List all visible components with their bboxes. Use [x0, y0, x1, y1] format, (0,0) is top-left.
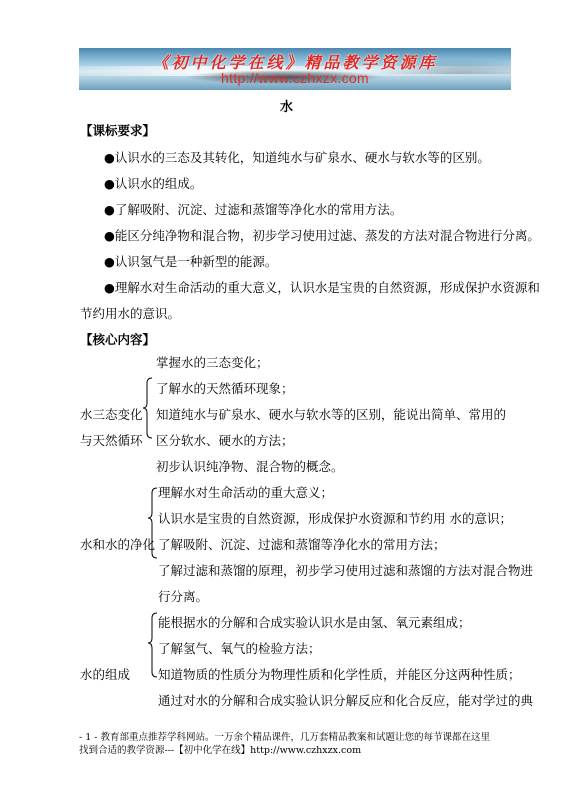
curriculum-item-continuation: 节约用水的意识。: [80, 306, 180, 322]
core-item: 理解水对生命活动的重大意义；: [158, 485, 333, 501]
document-title: 水: [0, 96, 573, 115]
curly-brace-icon: [142, 377, 154, 439]
curriculum-item: ●认识水的三态及其转化，知道纯水与矿泉水、硬水与软水等的区别。: [104, 150, 490, 166]
footer-line-1: - 1 - 教育部重点推荐学科网站。一万余个精品课件，几万套精品教案和试题让您的…: [79, 731, 519, 744]
curriculum-item: ●能区分纯净物和混合物，初步学习使用过滤、蒸发的方法对混合物进行分离。: [104, 228, 540, 244]
core-item: 初步认识纯净物、混合物的概念。: [156, 459, 344, 475]
page-footer: - 1 - 教育部重点推荐学科网站。一万余个精品课件，几万套精品教案和试题让您的…: [79, 731, 519, 757]
group-label-water-states: 水三态变化: [80, 407, 143, 423]
core-item: 区分软水、硬水的方法；: [156, 433, 294, 449]
group-label-water-composition: 水的组成: [80, 667, 130, 683]
curriculum-item: ●认识水的组成。: [104, 176, 202, 192]
core-item: 能根据水的分解和合成实验认识水是由氢、氧元素组成；: [158, 615, 471, 631]
core-item: 了解水的天然循环现象；: [156, 381, 294, 397]
footer-line-2: 找到合适的教学资源---【初中化学在线】http://www.czhxzx.co…: [79, 744, 519, 757]
section-heading-core-content: 【核心内容】: [80, 332, 155, 348]
core-item: 掌握水的三态变化；: [156, 355, 269, 371]
core-item: 认识水是宝贵的自然资源，形成保护水资源和节约用 水的意识；: [158, 511, 512, 527]
core-item: 了解吸附、沉淀、过滤和蒸馏等净化水的常用方法；: [158, 537, 446, 553]
curriculum-item: ●认识氢气是一种新型的能源。: [104, 254, 277, 270]
core-item: 知道物质的性质分为物理性质和化学性质，并能区分这两种性质；: [158, 667, 521, 683]
curriculum-item: ●理解水对生命活动的重大意义，认识水是宝贵的自然资源，形成保护水资源和: [104, 280, 540, 296]
banner-url: http://www.czhxzx.com: [79, 70, 511, 86]
core-item: 了解过滤和蒸馏的原理，初步学习使用过滤和蒸馏的方法对混合物进: [158, 563, 533, 579]
group-label-water-purification: 水和水的净化: [80, 537, 155, 553]
header-banner-image: 《初中化学在线》精品教学资源库 http://www.czhxzx.com: [79, 48, 511, 90]
section-heading-curriculum: 【课标要求】: [80, 123, 155, 139]
core-item-continuation: 行分离。: [158, 589, 208, 605]
curriculum-item: ●了解吸附、沉淀、过滤和蒸馏等净化水的常用方法。: [104, 202, 402, 218]
core-item: 了解氢气、氧气的检验方法；: [158, 641, 321, 657]
core-item: 通过对水的分解和合成实验认识分解反应和化合反应，能对学过的典: [158, 693, 533, 709]
core-item: 知道纯水与矿泉水、硬水与软水等的区别，能说出简单、常用的: [156, 407, 506, 423]
group-label-water-states: 与天然循环: [80, 433, 143, 449]
